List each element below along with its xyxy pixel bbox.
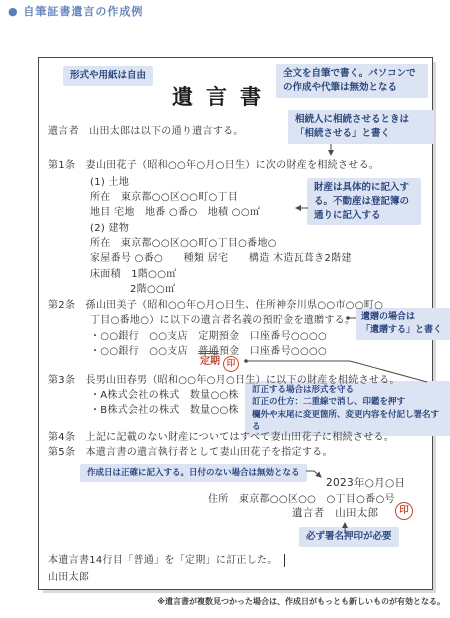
callout-correction-line2: 訂正の仕方：二重線で消し、印鑑を押す — [252, 396, 444, 408]
callout-free-format: 形式や用紙は自由 — [63, 66, 153, 86]
article2-bank1-line: ・○○銀行 ○○支店 定期預金 口座番号○○○○ — [90, 327, 327, 342]
article3-stock-b-line: ・B株式会社の株式 数量○○株 — [90, 401, 239, 416]
callout-inherit-line1: 相続人に相続させるときは — [295, 113, 427, 127]
text-cursor-mark — [284, 554, 285, 567]
callout-date-note: 作成日は正確に記入する。日付のない場合は無効となる — [80, 464, 307, 482]
page: ● 自筆証書遺言の作成例 形式や用紙は自由 全文を自筆で書く。パソコンでの作成や… — [0, 0, 450, 618]
will-date: 2023年○月○日 — [326, 475, 405, 490]
article5-line: 第5条 本遺言書の遺言執行者として妻山田花子を指定する。 — [48, 443, 333, 458]
signature-seal-icon: 印 — [395, 502, 413, 520]
will-title: 遺言書 — [172, 81, 274, 111]
testator-intro-line: 遺言者 山田太郎は以下の通り遺言する。 — [48, 122, 244, 137]
page-title: ● 自筆証書遺言の作成例 — [8, 3, 143, 19]
article1-floor2-line: 2階○○㎡ — [130, 280, 175, 295]
correction-word: 定期印 — [200, 352, 239, 372]
article2-heading: 第2条 孫山田美子（昭和○○年○月○日生、住所神奈川県○○市○○町○ — [48, 296, 383, 311]
callout-bequest-line1: 遺贈の場合は — [361, 311, 445, 324]
will-signer: 遺言者 山田太郎 — [292, 505, 378, 520]
callout-inherit-wording: 相続人に相続させるときは 「相続させる」と書く — [288, 110, 434, 144]
callout-sign-note: 必ず署名押印が必要 — [299, 527, 399, 547]
callout-inherit-line2: 「相続させる」と書く — [295, 127, 427, 141]
article3-heading: 第3条 長男山田春男（昭和○○年○月○日生）に以下の財産を相続させる。 — [48, 371, 400, 386]
article1-land-location: 所在 東京都○○区○○町○丁目 — [90, 188, 238, 203]
article2-heading-line2: 丁目○番地○）に以下の遺言者名義の預貯金を遺贈する。 — [90, 311, 355, 326]
article1-land-label: (1) 土地 — [90, 173, 129, 188]
article1-building-location: 所在 東京都○○区○○町○丁目○番地○ — [90, 234, 277, 249]
article4-line: 第4条 上記に記載のない財産についてはすべて妻山田花子に相続させる。 — [48, 428, 394, 443]
article1-building-label: (2) 建物 — [90, 219, 129, 234]
correction-text: 定期 — [200, 356, 220, 367]
article1-land-detail: 地目 宅地 地番 ○番○ 地積 ○○㎡ — [90, 203, 260, 218]
footnote: ※遺言書が複数見つかった場合は、作成日がもっとも新しいものが有効となる。 — [157, 596, 445, 607]
postscript-line: 本遺言書14行目「普通」を「定期」に訂正した。 — [48, 551, 285, 567]
callout-bequest-wording: 遺贈の場合は 「遺贈する」と書く — [356, 308, 450, 340]
callout-self-written: 全文を自筆で書く。パソコンでの作成や代筆は無効となる — [276, 64, 428, 98]
article1-building-detail: 家屋番号 ○番○ 種類 居宅 構造 木造瓦葺き2階建 — [90, 249, 352, 264]
postscript-text: 本遺言書14行目「普通」を「定期」に訂正した。 — [48, 555, 278, 566]
article1-heading: 第1条 妻山田花子（昭和○○年○月○日生）に次の財産を相続させる。 — [48, 156, 379, 171]
callout-bequest-line2: 「遺贈する」と書く — [361, 324, 445, 337]
article1-floor1-line: 床面積 1階○○㎡ — [90, 265, 177, 280]
inkan-seal-icon: 印 — [223, 356, 239, 372]
callout-property-detail: 財産は具体的に記入する。不動産は登記簿の通りに記入する — [307, 178, 421, 225]
article3-stock-a-line: ・A株式会社の株式 数量○○株 — [90, 386, 239, 401]
will-address: 住所 東京都○○区○○ ○丁目○番○号 — [208, 490, 395, 505]
postscript-signature: 山田太郎 — [48, 568, 89, 583]
bank2-prefix: ・○○銀行 ○○支店 — [90, 346, 198, 357]
